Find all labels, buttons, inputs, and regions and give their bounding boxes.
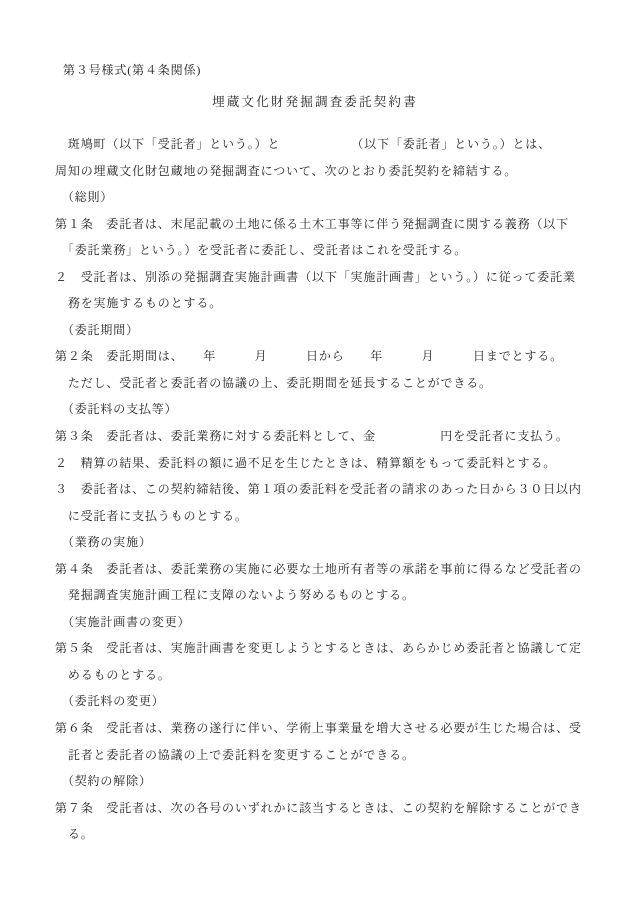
- document-line: 第７条 受託者は、次の各号のいずれかに該当するときは、この契約を解除することがで…: [55, 795, 600, 822]
- form-number-label: 第３号様式(第４条関係): [0, 57, 630, 83]
- document-line: 「委託業務」という。）を受託者に委託し、受託者はこれを受託する。: [55, 237, 600, 264]
- document-line: （総則）: [55, 184, 600, 211]
- document-line: 務を実施するものとする。: [55, 290, 600, 317]
- document-line: 第１条 委託者は、末尾記載の土地に係る土木工事等に伴う発掘調査に関する義務（以下: [55, 211, 600, 238]
- document-line: 第２条 委託期間は、 年 月 日から 年 月 日までとする。: [55, 343, 600, 370]
- document-line: 周知の埋蔵文化財包蔵地の発掘調査について、次のとおり委託契約を締結する。: [55, 158, 600, 185]
- document-line: ２ 精算の結果、委託料の額に過不足を生じたときは、精算額をもって委託料とする。: [55, 450, 600, 477]
- document-line: （実施計画書の変更）: [55, 609, 600, 636]
- document-line: （委託期間）: [55, 317, 600, 344]
- document-line: （契約の解除）: [55, 768, 600, 795]
- document-page: 第３号様式(第４条関係) 埋蔵文化財発掘調査委託契約書 斑鳩町（以下「受託者」と…: [0, 0, 630, 903]
- document-line: 第６条 受託者は、業務の遂行に伴い、学術上事業量を増大させる必要が生じた場合は、…: [55, 715, 600, 742]
- document-line: 第５条 受託者は、実施計画書を変更しようとするときは、あらかじめ委託者と協議して…: [55, 635, 600, 662]
- document-line: ３ 委託者は、この契約締結後、第１項の委託料を受託者の請求のあった日から３０日以…: [55, 476, 600, 503]
- document-line: 第４条 委託者は、委託業務の実施に必要な土地所有者等の承諾を事前に得るなど受託者…: [55, 556, 600, 583]
- document-line: 斑鳩町（以下「受託者」という。）と （以下「委託者」という。）とは、: [55, 131, 600, 158]
- document-line: る。: [55, 821, 600, 848]
- document-line: ただし、受託者と委託者の協議の上、委託期間を延長することができる。: [55, 370, 600, 397]
- document-line: （業務の実施）: [55, 529, 600, 556]
- document-line: めるものとする。: [55, 662, 600, 689]
- document-line: 第３条 委託者は、委託業務に対する委託料として、金 円を受託者に支払う。: [55, 423, 600, 450]
- document-title: 埋蔵文化財発掘調査委託契約書: [0, 89, 630, 116]
- document-line: 託者と委託者の協議の上で委託料を変更することができる。: [55, 742, 600, 769]
- document-line: 発掘調査実施計画工程に支障のないよう努めるものとする。: [55, 582, 600, 609]
- document-line: に受託者に支払うものとする。: [55, 503, 600, 530]
- document-line: （委託料の支払等）: [55, 396, 600, 423]
- document-line: （委託料の変更）: [55, 688, 600, 715]
- document-line: ２ 受託者は、別添の発掘調査実施計画書（以下「実施計画書」という。）に従って委託…: [55, 264, 600, 291]
- document-body: 斑鳩町（以下「受託者」という。）と （以下「委託者」という。）とは、周知の埋蔵文…: [0, 131, 630, 848]
